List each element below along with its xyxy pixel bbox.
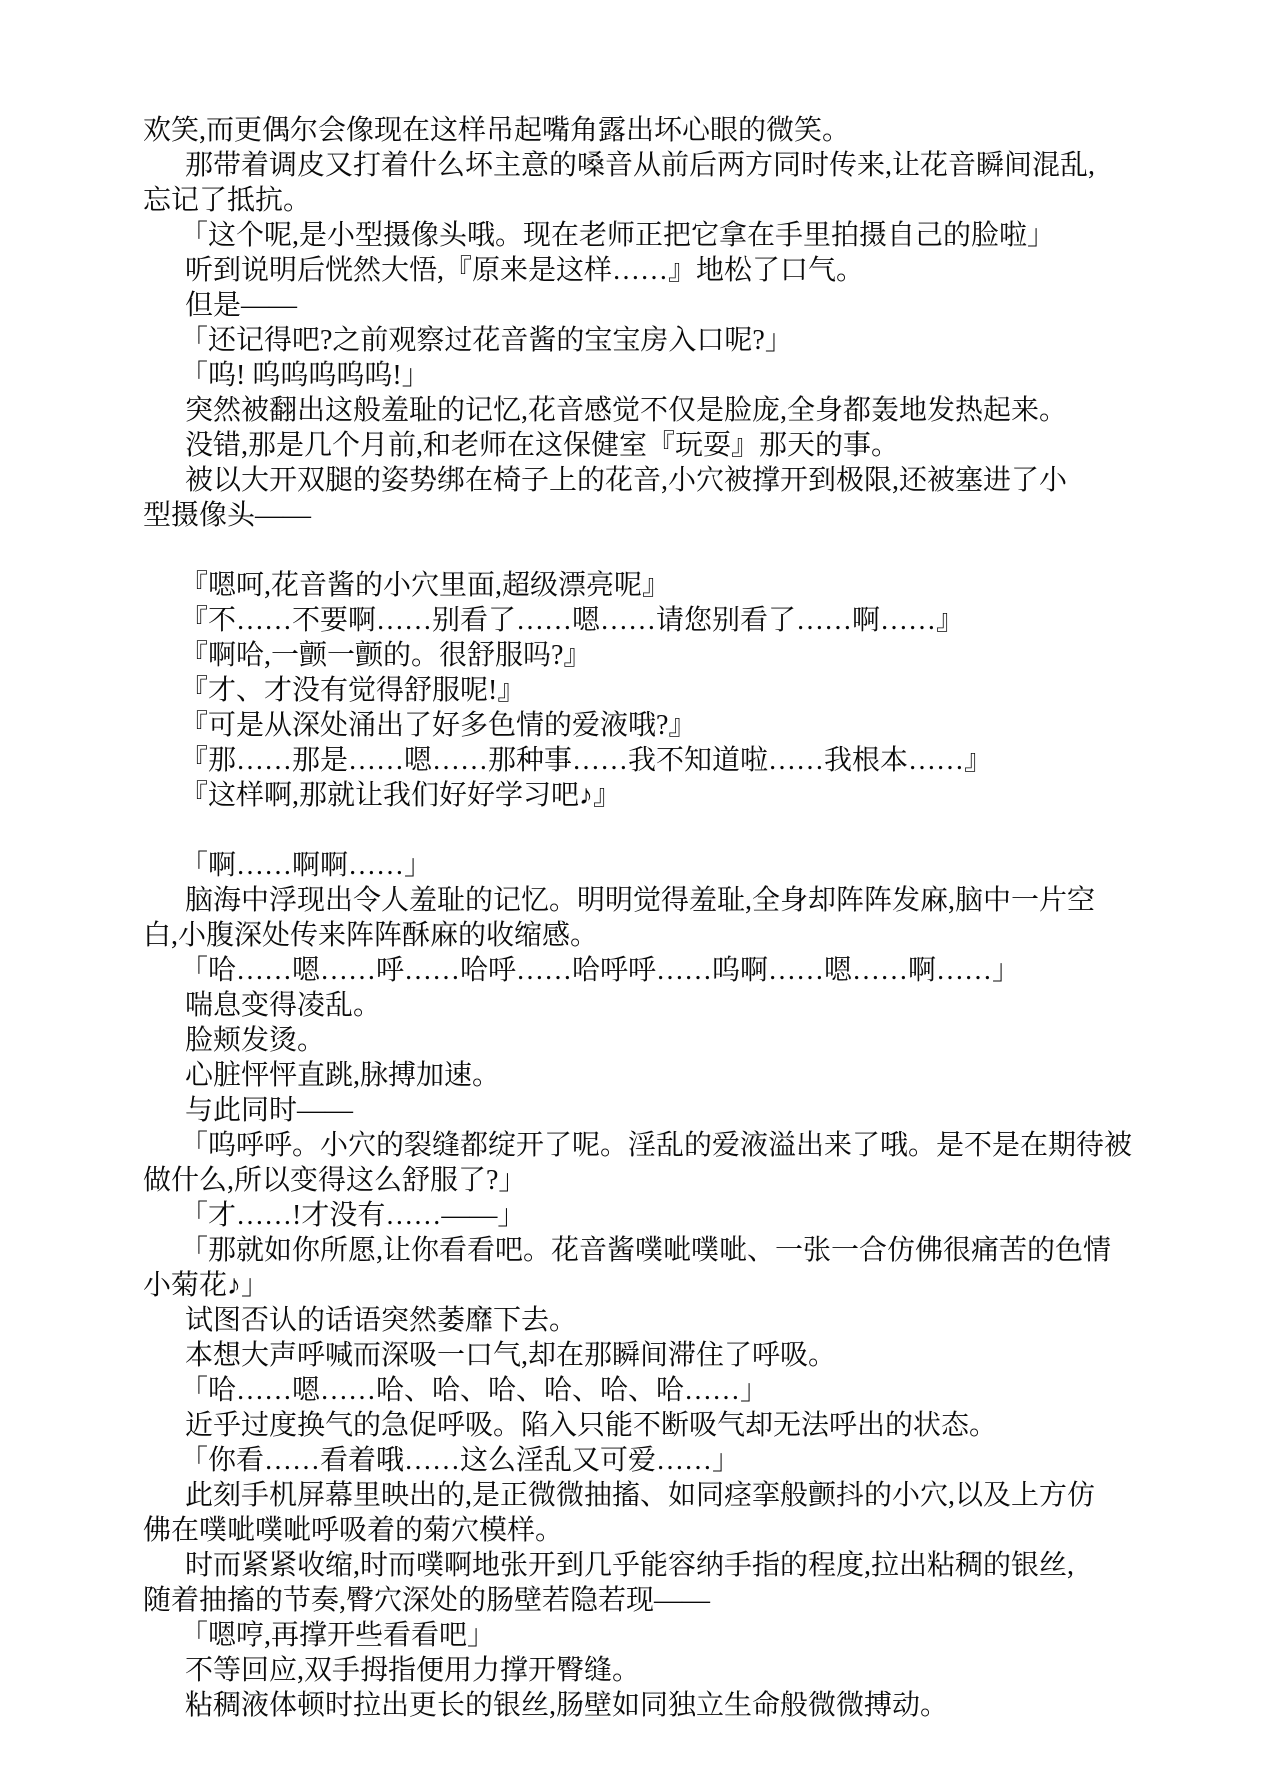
text-line: 那带着调皮又打着什么坏主意的嗓音从前后两方同时传来,让花音瞬间混乱,: [143, 148, 1185, 183]
text-line: 小菊花♪」: [143, 1268, 1185, 1303]
text-line: 「呜! 呜呜呜呜呜!」: [143, 358, 1185, 393]
text-line: 脸颊发烫。: [143, 1023, 1185, 1058]
text-line: 时而紧紧收缩,时而噗啊地张开到几乎能容纳手指的程度,拉出粘稠的银丝,: [143, 1548, 1185, 1583]
text-line: 「哈……嗯……呼……哈呼……哈呼呼……呜啊……嗯……啊……」: [143, 953, 1185, 988]
page-text-content: 欢笑,而更偶尔会像现在这样吊起嘴角露出坏心眼的微笑。那带着调皮又打着什么坏主意的…: [143, 113, 1185, 1723]
text-line: 「哈……嗯……哈、哈、哈、哈、哈、哈……」: [143, 1373, 1185, 1408]
text-line: 『可是从深处涌出了好多色情的爱液哦?』: [143, 708, 1185, 743]
text-line: 但是——: [143, 288, 1185, 323]
novel-page: 欢笑,而更偶尔会像现在这样吊起嘴角露出坏心眼的微笑。那带着调皮又打着什么坏主意的…: [0, 0, 1280, 1790]
text-line: 心脏怦怦直跳,脉搏加速。: [143, 1058, 1185, 1093]
text-line: 『那……那是……嗯……那种事……我不知道啦……我根本……』: [143, 743, 1185, 778]
text-line: 没错,那是几个月前,和老师在这保健室『玩耍』那天的事。: [143, 428, 1185, 463]
text-line: 『啊哈,一颤一颤的。很舒服吗?』: [143, 638, 1185, 673]
text-line: 忘记了抵抗。: [143, 183, 1185, 218]
text-line: 佛在噗呲噗呲呼吸着的菊穴模样。: [143, 1513, 1185, 1548]
text-line: 本想大声呼喊而深吸一口气,却在那瞬间滞住了呼吸。: [143, 1338, 1185, 1373]
text-line: 脑海中浮现出令人羞耻的记忆。明明觉得羞耻,全身却阵阵发麻,脑中一片空: [143, 883, 1185, 918]
text-line: 「还记得吧?之前观察过花音酱的宝宝房入口呢?」: [143, 323, 1185, 358]
text-line: 欢笑,而更偶尔会像现在这样吊起嘴角露出坏心眼的微笑。: [143, 113, 1185, 148]
blank-line: [143, 813, 1185, 848]
text-line: 此刻手机屏幕里映出的,是正微微抽搐、如同痉挛般颤抖的小穴,以及上方仿: [143, 1478, 1185, 1513]
text-line: 听到说明后恍然大悟,『原来是这样……』地松了口气。: [143, 253, 1185, 288]
text-line: 试图否认的话语突然萎靡下去。: [143, 1303, 1185, 1338]
text-line: 与此同时——: [143, 1093, 1185, 1128]
text-line: 『嗯呵,花音酱的小穴里面,超级漂亮呢』: [143, 568, 1185, 603]
text-line: 近乎过度换气的急促呼吸。陷入只能不断吸气却无法呼出的状态。: [143, 1408, 1185, 1443]
text-line: 突然被翻出这般羞耻的记忆,花音感觉不仅是脸庞,全身都轰地发热起来。: [143, 393, 1185, 428]
text-line: 型摄像头——: [143, 498, 1185, 533]
text-line: 做什么,所以变得这么舒服了?」: [143, 1163, 1185, 1198]
text-line: 粘稠液体顿时拉出更长的银丝,肠壁如同独立生命般微微搏动。: [143, 1688, 1185, 1723]
text-line: 喘息变得凌乱。: [143, 988, 1185, 1023]
text-line: 随着抽搐的节奏,臀穴深处的肠壁若隐若现——: [143, 1583, 1185, 1618]
text-line: 「你看……看着哦……这么淫乱又可爱……」: [143, 1443, 1185, 1478]
text-line: 「呜呼呼。小穴的裂缝都绽开了呢。淫乱的爱液溢出来了哦。是不是在期待被: [143, 1128, 1185, 1163]
text-line: 不等回应,双手拇指便用力撑开臀缝。: [143, 1653, 1185, 1688]
text-line: 『不……不要啊……别看了……嗯……请您别看了……啊……』: [143, 603, 1185, 638]
text-line: 「嗯哼,再撑开些看看吧」: [143, 1618, 1185, 1653]
text-line: 「这个呢,是小型摄像头哦。现在老师正把它拿在手里拍摄自己的脸啦」: [143, 218, 1185, 253]
text-line: 「才……!才没有……——」: [143, 1198, 1185, 1233]
text-line: 被以大开双腿的姿势绑在椅子上的花音,小穴被撑开到极限,还被塞进了小: [143, 463, 1185, 498]
text-line: 「那就如你所愿,让你看看吧。花音酱噗呲噗呲、一张一合仿佛很痛苦的色情: [143, 1233, 1185, 1268]
text-line: 白,小腹深处传来阵阵酥麻的收缩感。: [143, 918, 1185, 953]
text-line: 「啊……啊啊……」: [143, 848, 1185, 883]
text-line: 『才、才没有觉得舒服呢!』: [143, 673, 1185, 708]
text-line: 『这样啊,那就让我们好好学习吧♪』: [143, 778, 1185, 813]
blank-line: [143, 533, 1185, 568]
